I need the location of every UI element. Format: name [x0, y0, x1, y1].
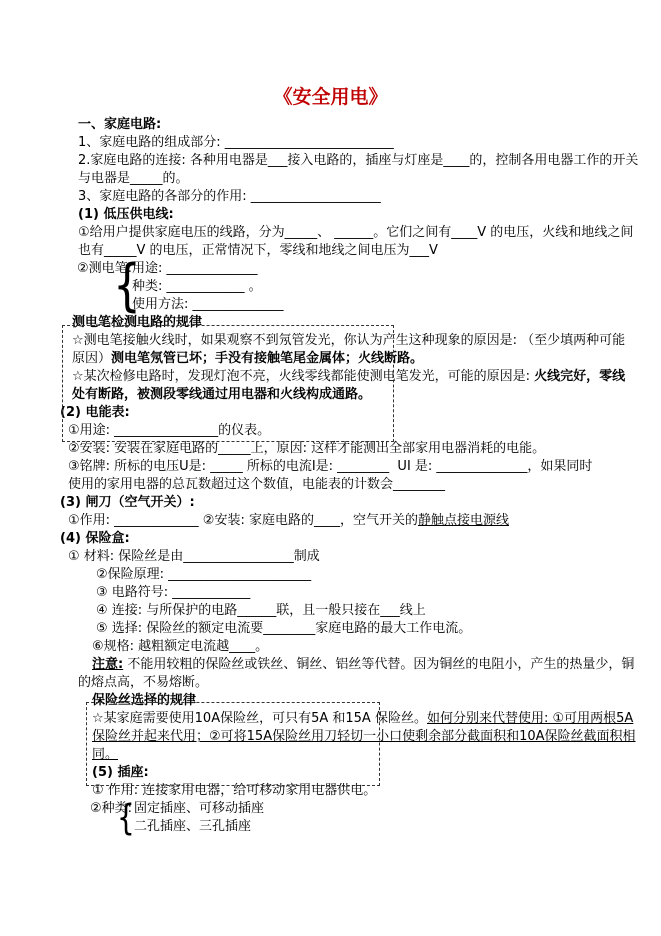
socket-kind-label: ②种类: [90, 800, 132, 818]
knife-switch-answer: 静触点接电源线 [418, 513, 509, 528]
question-3: 3、家庭电路的各部分的作用: ____________________ [78, 188, 661, 206]
fuse-spec: ⑥规格: 越粗额定电流越____。 [92, 638, 661, 656]
socket-kind-line2: 二孔插座、三孔插座 [134, 818, 661, 836]
fuse-circuit-symbol: ③ 电路符号: ____________ [96, 584, 661, 602]
energy-meter-nameplate-line1: ③铭牌: 所标的电压U是: _____ 所标的电流I是: ________ UI… [68, 458, 661, 476]
fuse-note-line1: 注意: 不能用较粗的保险丝或铁丝、铜丝、铝丝等代替。因为铜丝的电阻小，产生的热量… [92, 656, 661, 674]
subsection-heading-supply-lines: (1) 低压供电线: [78, 206, 661, 224]
socket-kind-block: ②种类: { 固定插座、可移动插座 二孔插座、三孔插座 [0, 800, 661, 836]
fuse-connection: ④ 连接: 与所保护的电路______联，且一般只接在___线上 [96, 602, 661, 620]
rule1-q1-line2: 原因）测电笔氖管已坏；手没有接触笔尾金属体；火线断路。 [72, 350, 661, 368]
rule1-q2-answer-part1: 火线完好，零线 [534, 369, 625, 384]
fuse-note-line2: 的熔点高，不易熔断。 [78, 674, 661, 692]
rule1-q2-line1: ☆某次检修电路时，发现灯泡不亮，火线零线都能使测电笔发光，可能的原因是: 火线完… [72, 368, 661, 386]
knife-switch-line: ①作用: _____________ ②安装: 家庭电路的____，空气开关的静… [68, 512, 661, 530]
supply-lines-line2: 也有_____V 的电压，正常情况下，零线和地线之间电压为___V [78, 242, 661, 260]
test-pen-use: 用途: ______________ [132, 260, 661, 278]
rule1-box-region: ☆测电笔接触火线时，如果观察不到氖管发光，你认为产生这种现象的原因是: （至少填… [0, 332, 661, 440]
note-label: 注意: [92, 657, 123, 672]
rule2-line3: 同。 [92, 746, 661, 764]
question-1: 1、家庭电路的组成部分: __________________________ [78, 134, 661, 152]
rule1-q2-line2: 处有断路，被测段零线通过用电器和火线构成通路。 [72, 386, 661, 404]
rule1-q1-answer: 测电笔氖管已坏；手没有接触笔尾金属体；火线断路。 [111, 351, 423, 366]
rule2-line1: ☆某家庭需要使用10A保险丝，可只有5A 和15A 保险丝。如何分别来代替使用:… [92, 710, 661, 728]
rule2-heading: 保险丝选择的规律 [92, 692, 661, 710]
knife-switch-pre: ①作用: _____________ ②安装: 家庭电路的____，空气开关的 [68, 513, 418, 528]
rule2-answer-part1: 如何分别来代替使用: ①可用两根5A [427, 711, 633, 726]
worksheet-page: 《安全用电》 一、家庭电路: 1、家庭电路的组成部分: ____________… [0, 0, 661, 936]
fuse-selection: ⑤ 选择: 保险丝的额定电流要________家庭电路的最大工作电流。 [96, 620, 661, 638]
document-content: 《安全用电》 一、家庭电路: 1、家庭电路的组成部分: ____________… [0, 84, 661, 836]
test-pen-label: ②测电笔: [77, 260, 132, 278]
energy-meter-use: ①用途: ________________的仪表。 [68, 422, 661, 440]
question-2-line1: 2.家庭电路的连接: 各种用电器是___接入电路的，插座与灯座是____的，控制… [78, 152, 661, 170]
fuse-principle: ②保险原理: ______________________ [96, 566, 661, 584]
subsection-heading-fuse-box: (4) 保险盒: [60, 530, 661, 548]
section-heading-home-circuit: 一、家庭电路: [78, 116, 661, 134]
supply-lines-line1: ①给用户提供家庭电压的线路，分为_____、 ______。它们之间有____V… [78, 224, 661, 242]
energy-meter-install: ②安装: 安装在家庭电路的_____上，原因: 这样才能测出全部家用电器消耗的电… [68, 440, 661, 458]
socket-function: ① 作用: 连接家用电器，给可移动家用电器供电。 [92, 782, 661, 800]
rule1-q1-line1: ☆测电笔接触火线时，如果观察不到氖管发光，你认为产生这种现象的原因是: （至少填… [72, 332, 661, 350]
rule2-pre: ☆某家庭需要使用10A保险丝，可只有5A 和15A 保险丝。 [92, 711, 427, 726]
subsection-heading-knife-switch: (3) 闸刀（空气开关）: [60, 494, 661, 512]
socket-kind-line1: 固定插座、可移动插座 [134, 800, 661, 818]
rule2-line2: 保险丝并起来代用；②可将15A保险丝用刀轻切一小口使剩余部分截面积和10A保险丝… [92, 728, 661, 746]
fuse-material: ① 材料: 保险丝是由_________________制成 [68, 548, 661, 566]
rule1-q2-pre: ☆某次检修电路时，发现灯泡不亮，火线零线都能使测电笔发光，可能的原因是: [72, 369, 534, 384]
rule1-q1-pre: 原因） [72, 351, 111, 366]
test-pen-method: 使用方法: ______________ [132, 296, 661, 314]
question-2-line2: 与电器是_____的。 [78, 170, 661, 188]
subsection-heading-energy-meter: (2) 电能表: [60, 404, 661, 422]
rule1-heading: 测电笔检测电路的规律 [72, 314, 661, 332]
test-pen-kind: 种类: ____________ 。 [132, 278, 661, 296]
energy-meter-nameplate-line2: 使用的家用电器的总瓦数超过这个数值，电能表的计数会________ [68, 476, 661, 494]
note-text-part1: 不能用较粗的保险丝或铁丝、铜丝、铝丝等代替。因为铜丝的电阻小，产生的热量少，铜 [123, 657, 634, 672]
document-title: 《安全用电》 [0, 84, 661, 110]
subsection-heading-socket: (5) 插座: [92, 764, 661, 782]
rule2-box-region: ☆某家庭需要使用10A保险丝，可只有5A 和15A 保险丝。如何分别来代替使用:… [0, 710, 661, 782]
test-pen-block: ②测电笔: { 用途: ______________ 种类: _________… [0, 260, 661, 314]
